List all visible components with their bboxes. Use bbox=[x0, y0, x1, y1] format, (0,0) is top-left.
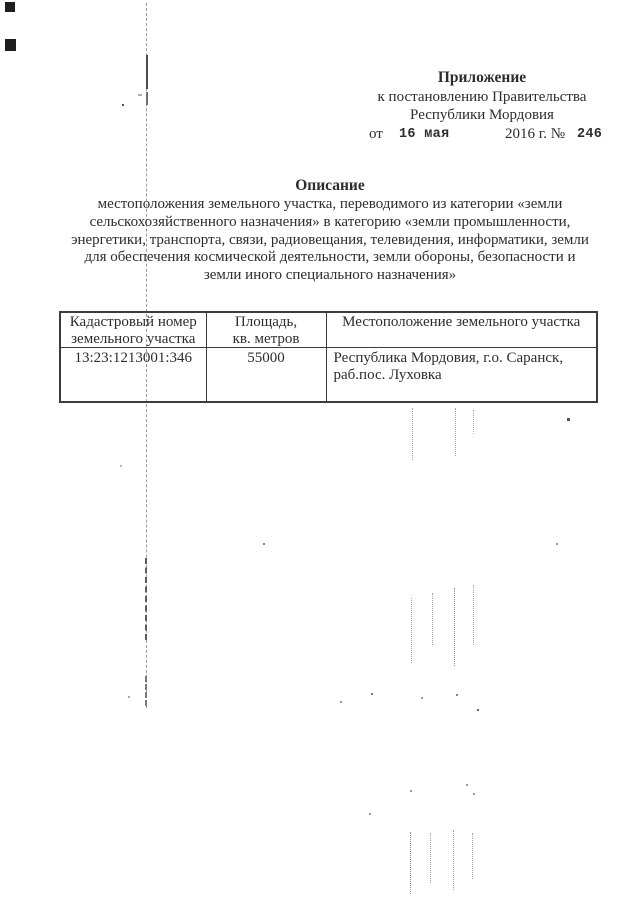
description-line: энергетики, транспорта, связи, радиовеща… bbox=[70, 232, 590, 250]
scan-speck bbox=[477, 709, 479, 711]
header-area: Площадь, кв. метров bbox=[206, 312, 326, 348]
description-line: для обеспечения космической деятельности… bbox=[70, 249, 590, 267]
cell-location: Республика Мордовия, г.о. Саранск, раб.п… bbox=[326, 348, 597, 403]
scan-dotted-line bbox=[472, 833, 473, 879]
scan-speck bbox=[371, 693, 373, 695]
scan-dotted-line bbox=[473, 585, 474, 645]
date-day-month-value: 16 мая bbox=[399, 126, 449, 145]
scan-speck bbox=[128, 696, 130, 698]
scan-dotted-line bbox=[455, 408, 456, 456]
date-year-number-label: 2016 г. № bbox=[505, 125, 565, 144]
scan-speck bbox=[567, 418, 570, 421]
annex-header: Приложение к постановлению Правительства… bbox=[358, 69, 606, 144]
scan-speck bbox=[263, 543, 265, 545]
description-line: местоположения земельного участка, перев… bbox=[70, 196, 590, 214]
cell-cadastral-number: 13:23:1213001:346 bbox=[60, 348, 206, 403]
scan-speck bbox=[369, 813, 371, 815]
scan-fold-line-segment bbox=[145, 558, 147, 640]
description-line: земли иного специального назначения» bbox=[70, 267, 590, 285]
table-data-row: 13:23:1213001:346 55000 Республика Мордо… bbox=[60, 348, 597, 403]
location-line: Республика Мордовия, г.о. Саранск, bbox=[334, 350, 595, 367]
header-text: земельного участка bbox=[63, 331, 204, 348]
table-header-row: Кадастровый номер земельного участка Пло… bbox=[60, 312, 597, 348]
scan-dotted-line bbox=[473, 410, 474, 434]
scan-speck bbox=[138, 94, 142, 96]
scan-speck bbox=[120, 465, 122, 467]
scan-edge-mark bbox=[5, 2, 15, 12]
document-number-value: 246 bbox=[577, 126, 602, 145]
scan-speck bbox=[340, 701, 342, 703]
header-location: Местоположение земельного участка bbox=[326, 312, 597, 348]
description-line: сельскохозяйственного назначения» в кате… bbox=[70, 214, 590, 232]
scan-fold-line-segment bbox=[146, 92, 148, 105]
scan-dotted-line bbox=[410, 832, 411, 894]
scan-dotted-line bbox=[430, 833, 431, 883]
date-prefix: от bbox=[369, 125, 383, 144]
annex-subtitle-line: к постановлению Правительства bbox=[358, 88, 606, 107]
scan-speck bbox=[556, 543, 558, 545]
scan-speck bbox=[122, 104, 124, 106]
scan-speck bbox=[466, 784, 468, 786]
cell-area: 55000 bbox=[206, 348, 326, 403]
scan-speck bbox=[456, 694, 458, 696]
scan-speck bbox=[473, 793, 475, 795]
header-text: Кадастровый номер bbox=[63, 314, 204, 331]
scan-speck bbox=[421, 697, 423, 699]
location-line: раб.пос. Луховка bbox=[334, 367, 595, 384]
scan-fold-line-segment bbox=[146, 55, 148, 89]
scan-dotted-line bbox=[453, 830, 454, 890]
header-cadastral-number: Кадастровый номер земельного участка bbox=[60, 312, 206, 348]
scanned-document-page: Приложение к постановлению Правительства… bbox=[0, 0, 640, 905]
scan-dotted-line bbox=[412, 408, 413, 460]
scan-dotted-line bbox=[454, 588, 455, 666]
scan-dotted-line bbox=[411, 598, 412, 663]
scan-dotted-line bbox=[432, 593, 433, 645]
annex-subtitle-line: Республики Мордовия bbox=[358, 106, 606, 125]
description-block: Описание местоположения земельного участ… bbox=[70, 176, 590, 285]
scan-edge-mark bbox=[5, 39, 16, 51]
annex-date-line: от 16 мая 2016 г. № 246 bbox=[358, 125, 606, 144]
header-text: Площадь, bbox=[209, 314, 324, 331]
scan-fold-line-segment bbox=[145, 676, 147, 706]
scan-speck bbox=[410, 790, 412, 792]
annex-title: Приложение bbox=[358, 69, 606, 88]
description-title: Описание bbox=[70, 176, 590, 195]
land-plot-table: Кадастровый номер земельного участка Пло… bbox=[59, 311, 598, 403]
header-text: кв. метров bbox=[209, 331, 324, 348]
